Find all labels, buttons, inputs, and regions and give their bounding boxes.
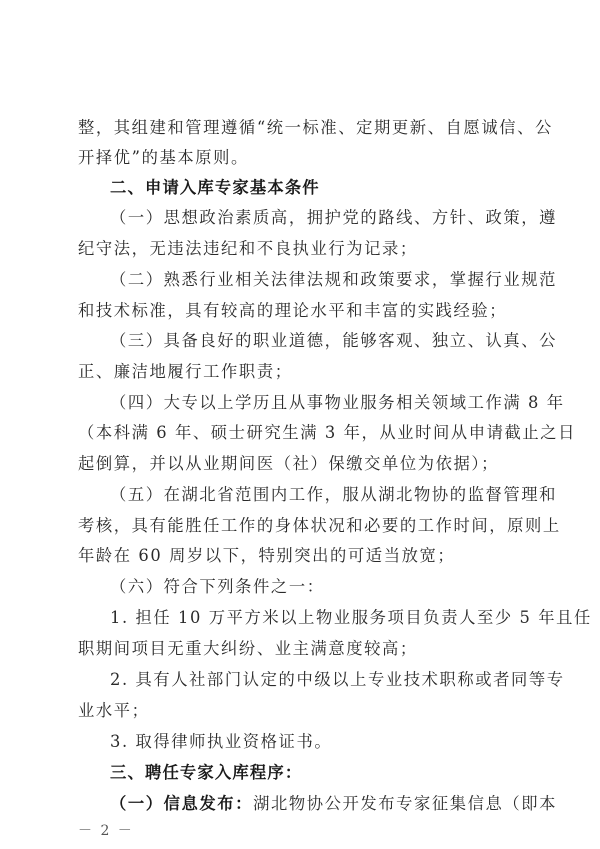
paragraph-line: 和技术标准，具有较高的理论水平和丰富的实践经验； — [78, 301, 518, 321]
section-heading-2: 二、申请入库专家基本条件 — [110, 178, 550, 198]
section-heading-3: 三、聘任专家入库程序： — [110, 763, 550, 783]
paragraph-line: （二）熟悉行业相关法律法规和政策要求，掌握行业规范 — [110, 270, 550, 290]
subheading-info-release: （一）信息发布： — [110, 794, 253, 813]
paragraph-line: （本科满 6 年、硕士研究生满 3 年，从业时间从申请截止之日 — [78, 423, 518, 443]
paragraph-line: 正、廉洁地履行工作职责； — [78, 362, 518, 382]
paragraph-line: 整，其组建和管理遵循“统一标准、定期更新、自愿诚信、公 — [78, 118, 518, 138]
paragraph-line: 年龄在 60 周岁以下，特别突出的可适当放宽； — [78, 546, 518, 566]
paragraph-line: 起倒算，并以从业期间医（社）保缴交单位为依据）； — [78, 454, 518, 474]
paragraph-line: 2. 具有人社部门认定的中级以上专业技术职称或者同等专 — [110, 670, 550, 690]
page-number: － 2 － — [78, 820, 134, 840]
paragraph-line: 3. 取得律师执业资格证书。 — [110, 732, 550, 752]
document-page: 整，其组建和管理遵循“统一标准、定期更新、自愿诚信、公 开择优”的基本原则。 二… — [0, 0, 600, 849]
paragraph-line: （三）具备良好的职业道德，能够客观、独立、认真、公 — [110, 331, 550, 351]
paragraph-line: 职期间项目无重大纠纷、业主满意度较高； — [78, 639, 518, 659]
paragraph-line: 纪守法，无违法违纪和不良执业行为记录； — [78, 239, 518, 259]
paragraph-line: 业水平； — [78, 701, 518, 721]
paragraph-line: 1. 担任 10 万平方米以上物业服务项目负责人至少 5 年且任 — [110, 608, 550, 628]
paragraph-line: （五）在湖北省范围内工作，服从湖北物协的监督管理和 — [110, 485, 550, 505]
paragraph-line: （六）符合下列条件之一： — [110, 577, 550, 597]
paragraph-line: 考核，具有能胜任工作的身体状况和必要的工作时间，原则上 — [78, 516, 518, 536]
paragraph-line: （四）大专以上学历且从事物业服务相关领域工作满 8 年 — [110, 393, 550, 413]
paragraph-line: （一）思想政治素质高，拥护党的路线、方针、政策，遵 — [110, 208, 550, 228]
paragraph-line: （一）信息发布：湖北物协公开发布专家征集信息（即本 — [110, 794, 550, 814]
paragraph-line: 开择优”的基本原则。 — [78, 148, 518, 168]
paragraph-text: 湖北物协公开发布专家征集信息（即本 — [253, 794, 557, 813]
